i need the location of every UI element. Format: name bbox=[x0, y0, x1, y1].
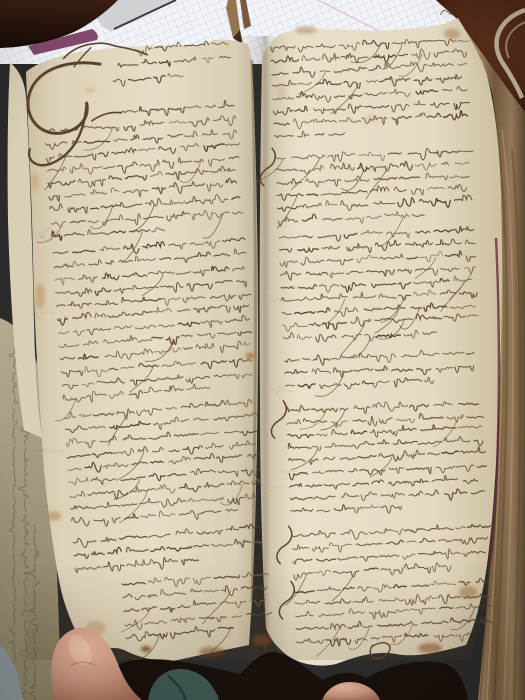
scene-svg bbox=[0, 0, 525, 700]
manuscript-photo bbox=[0, 0, 525, 700]
vignette bbox=[0, 0, 525, 700]
